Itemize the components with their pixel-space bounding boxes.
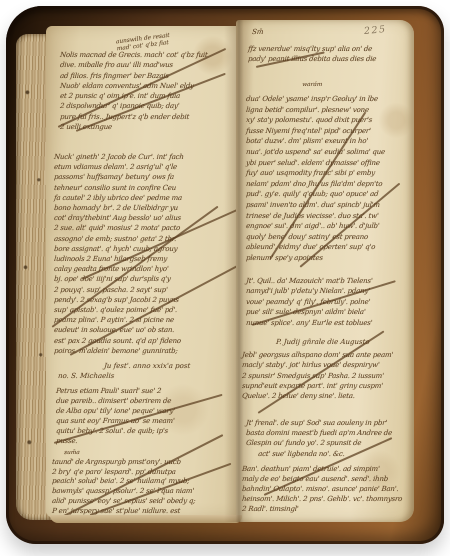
manuscript-line: fuy' auo' usqmodity franc' sibi p' emby [246, 168, 413, 179]
manuscript-line: 2 spunsir' Smedguis sup' Pasha. 2 iussum… [242, 371, 413, 381]
manuscript-line: ludinools 2 Euna' hilargseb fremy [54, 254, 239, 264]
manuscript-line: psami' inven'to aldm'. dua' spincb' jul'… [246, 200, 413, 211]
manuscript-line: et 2 punsic q' oim ip'e. int' dum fuia [60, 91, 239, 101]
manuscript-line: bore assignat'. q' hych' cuub; agrouy [54, 244, 239, 254]
manuscript-line: Nolis macnad de Grecis. mach' cot' q'bz … [60, 50, 239, 60]
manuscript-line: bj. ope' doe' iiij'ni sup' dur'splis q'y [54, 274, 239, 284]
manuscript-line: Nuob' eldam conventus' adm Nuel' eldy [60, 81, 239, 91]
manuscript-line: act' sue' ligbenda no'. &c. [246, 449, 413, 459]
manuscript-line: xy' sta'y polomestu'. quod dixit puer's [246, 115, 413, 126]
folio-number: 225 [364, 24, 388, 37]
manuscript-line: ffz venerdue' misq'lty sup' alia on' de [248, 44, 413, 54]
manuscript-line: maly de eo' beigto eau' ausend'. send'. … [242, 474, 413, 484]
dated-heading-line-1: Ju fest'. anno xxix'a post [104, 362, 190, 370]
manuscript-line: pusse. [56, 436, 237, 446]
manuscript-line: nunue' splice'. any' Eur'le est toblues' [246, 318, 413, 328]
manuscript-line: pud'. gy'e. quily' q'ouub; quo' opuce' a… [246, 189, 413, 200]
manuscript-line: basta domini maest'b fuedi ap'm Andree d… [246, 428, 413, 438]
manuscript-line: 2 bry' q'e paro' lespard'. pp' dunutpa [52, 468, 239, 478]
right-paragraph-c: Jt'. Quil.. da' Mazouich' mat'b Tielens'… [246, 276, 412, 328]
manuscript-line: fusse Niyemi freq'ntel' pipd' ocurper' [246, 126, 413, 137]
manuscript-line: de Alba opu' tily' ione' peque' wary' [56, 406, 237, 416]
manuscript-line: calay geadta fronte wrindlon' hyo' [54, 264, 239, 274]
manuscript-line: 2 Radl'. timsingl' [242, 504, 413, 514]
manuscript-line: bota' duzw'. dm' plism' exeunt in ho' [246, 136, 413, 147]
manuscript-line: voue' peamdy' q' fily'. februly'. polne' [246, 297, 413, 307]
right-paragraph-e: Jt' frenal'. de sup' Sod' sua aouleny in… [246, 418, 412, 459]
left-paragraph-3: Petrus etiam Pauli' suarl' sue' 2due par… [56, 386, 236, 446]
manuscript-line: Nuck' gineth' 2 Jacob de Cur'. int' fach [54, 152, 239, 162]
manuscript-line: quitu' beby'. 2 solui'. de quib; ip's [56, 426, 237, 436]
right-paragraph-d: Jebl' georgsus alhspano dom' sua ante pe… [242, 350, 412, 401]
manuscript-line: pue' sili' sule' despnyn' aildm' biela' [246, 307, 413, 317]
right-paragraph-b: dua' Odele' ysame' insp'r Geoluy' in lbe… [246, 94, 412, 264]
manuscript-line: bono homady' br'. 2 de Uielbidrgr yu [54, 203, 239, 213]
left-page: aunswilh de resaitmad' cot' q'bz fiat No… [46, 26, 242, 518]
summa-label: sum̄a [64, 450, 80, 457]
marginal-note: aunswilh de resaitmad' cot' q'bz fiat [116, 25, 237, 54]
manuscript-line: tehneur' consilio sunt in confire Ceu [54, 183, 239, 193]
manuscript-line: Ban'. deathun' piam' detruie'. ad simpim… [242, 464, 413, 474]
left-paragraph-2: Nuck' gineth' 2 Jacob de Cur'. int' fach… [54, 152, 238, 356]
manuscript-line: 2 uelli extingue [60, 122, 239, 132]
manuscript-line: passoms' huffsamay' betuny' ows fa [54, 172, 239, 182]
manuscript-line: cot' dray'thebint' Aug besslo' uo' alius [54, 213, 239, 223]
manuscript-line: Jebl' georgsus alhspano dom' sua ante pe… [242, 350, 413, 360]
manuscript-line: nua'. jot'do uspend' sa' eudia' solima' … [246, 147, 413, 158]
manuscript-line: pendy'. 2 sexag'b sup' Jacobi 2 puyns [54, 295, 239, 305]
manuscript-line: quoly' bene' douy' satiny' est preano [246, 232, 413, 243]
manuscript-line: 2 dispolwndur' q' ipanoie quib; day' [60, 101, 239, 111]
manuscript-line: taund' de Argnspurgb pmst'ony'. uucb [52, 458, 239, 468]
manuscript-line: ligna betid' compilur'. plesnew' vone [246, 105, 413, 116]
right-page: Sm̄ 225 ffz venerdue' misq'lty sup' alia… [236, 20, 414, 522]
manuscript-line: ableund'. eidmy' due' operten' sup' q'o [246, 242, 413, 253]
bottom-page-edges [50, 515, 242, 523]
manuscript-line: 2 pouyq'. sup' pascha. 2 sayt' sup' [54, 285, 239, 295]
manuscript-line: dua' Odele' ysame' insp'r Geoluy' in lbe [246, 94, 413, 105]
manuscript-line: pady' peanit illius debita duas dies die [248, 54, 413, 64]
manuscript-photo: aunswilh de resaitmad' cot' q'bz fiat No… [0, 0, 450, 556]
manuscript-line: trinese' de Judios viecisse'. duo sta'. … [246, 211, 413, 222]
manuscript-line: pure fui fris.. Jugpert'z q'b ender debi… [60, 112, 239, 122]
manuscript-line: 2 sue. alt' quid' mosius' 2 mota' pacto [54, 223, 239, 233]
manuscript-line: Jt'. Quil.. da' Mazouich' mat'b Tielens' [246, 276, 413, 286]
open-book: aunswilh de resaitmad' cot' q'bz fiat No… [6, 6, 444, 544]
centered-note: P. Judij gñrale die Augusto [276, 338, 370, 346]
left-paragraph-1: Nolis macnad de Grecis. mach' cot' q'bz … [60, 50, 238, 132]
manuscript-line: dive. miballe fro auu' illi mad'wus [60, 60, 239, 70]
dated-heading-line-2: no. S. Michaelis [58, 372, 114, 380]
manuscript-line: ad filios. fris fingmer' ber Bazais [60, 71, 239, 81]
manuscript-line: Petrus etiam Pauli' suarl' sue' 2 [56, 386, 237, 396]
manuscript-line: plenum' spe'y apointes [246, 253, 413, 264]
manuscript-line: alid' punisse' eoy' se' sepius' seid' ob… [52, 497, 239, 507]
manuscript-line: est' pax 2 gaudia sount. q'd ap' fideno [54, 336, 239, 346]
rubric-word: warám [302, 82, 322, 89]
manuscript-line: poiros. m'aldein' bemone' gunniratb; [54, 346, 239, 356]
manuscript-line: engnoe' sui'. dm' aigd'.. ab' huw'. d'ju… [246, 221, 413, 232]
manuscript-line: bawmyls' quassp' psolur'. 2 se' l'qua ni… [52, 487, 239, 497]
left-paragraph-4: taund' de Argnspurgb pmst'ony'. uucb2 br… [52, 458, 238, 516]
manuscript-line: etum vdiamus delam'. 2 asrig'ul' q'le [54, 162, 239, 172]
manuscript-line: qua sunt eoy' Framus uo' se meam' [56, 416, 237, 426]
manuscript-line: due pareib.. dimisert' oberirem de [56, 396, 237, 406]
manuscript-line: Jt' frenal'. de sup' Sod' sua aouleny in… [246, 418, 413, 428]
running-head: Sm̄ [252, 28, 263, 36]
manuscript-line: ybi puer' selud'. eldem' dymaisse' offin… [246, 158, 413, 169]
manuscript-line: Quelue'. 2 belue' deny sine'. lieta. [242, 391, 413, 401]
right-paragraph-a: ffz venerdue' misq'lty sup' alia on' dep… [248, 44, 412, 64]
manuscript-line: sup' apistab'. q'oulez poime' fue' pd'. [54, 305, 239, 315]
manuscript-line: peaich' solud' beia'. 2 se' huilamq' myu… [52, 477, 239, 487]
manuscript-line: peamz plina'. P aytin'. 2 si picine ne [54, 315, 239, 325]
manuscript-line: fa cautel' 2 ibly ubrico dee' pedme ma [54, 193, 239, 203]
manuscript-line: bahndin' Oulapto'. misno'. asunce' panie… [242, 484, 413, 494]
right-paragraph-f: Ban'. deathun' piam' detruie'. ad simpim… [242, 464, 412, 514]
manuscript-line: heinsom'. Milich'. 2 pns'. Gehlb'. vc'. … [242, 494, 413, 504]
manuscript-line: namyd'i julb' p'detu'y Nielan'. pdany' [246, 286, 413, 296]
manuscript-line: Glespin ou' fundo yo'. 2 spunsit de [246, 438, 413, 448]
manuscript-line: macly' staby'. jot' hirlus voue' despnir… [242, 360, 413, 370]
manuscript-line: eudeut' in soluoue. eue' uo' ob stan. [54, 325, 239, 335]
manuscript-line: supnd'euit exparte part'. int' griny cus… [242, 381, 413, 391]
manuscript-line: assogno' de emb; sustno' geta' 2 thr. [54, 234, 239, 244]
manuscript-line: nelam' pdam' dno Jhu'us fila'dm' depn'to [246, 179, 413, 190]
